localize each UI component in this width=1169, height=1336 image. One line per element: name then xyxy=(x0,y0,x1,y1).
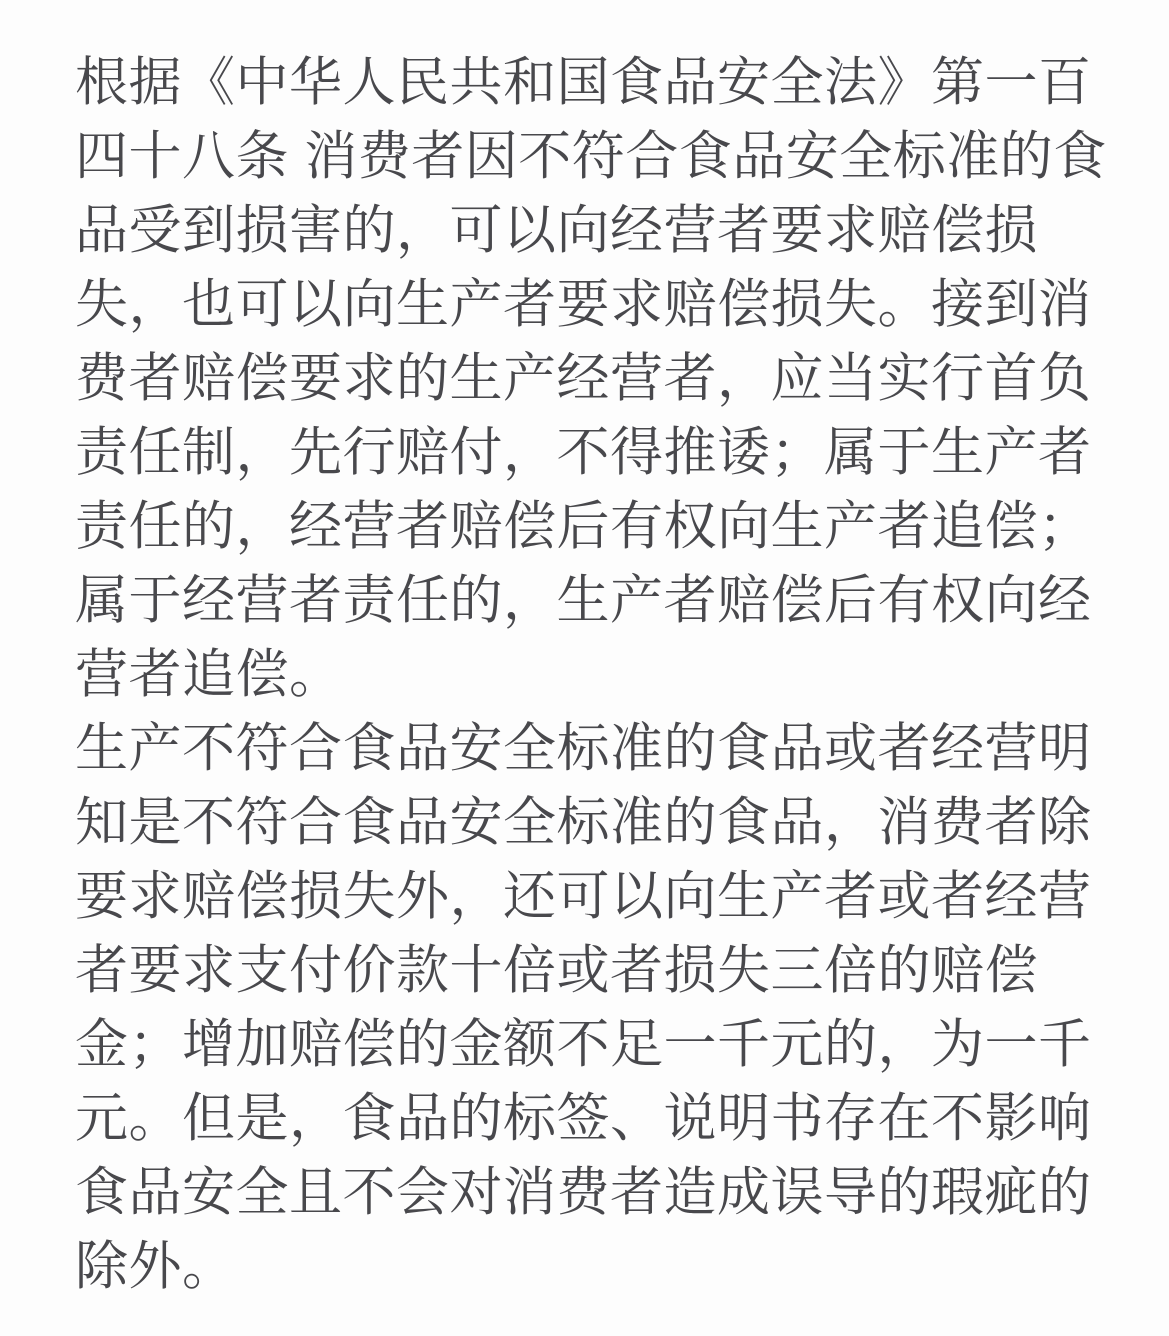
text-line: 四十八条 消费者因不符合食品安全标准的食 xyxy=(75,120,1099,194)
text-line: 除外。 xyxy=(75,1230,1099,1304)
text-line: 食品安全且不会对消费者造成误导的瑕疵的 xyxy=(75,1156,1099,1230)
text-line: 费者赔偿要求的生产经营者，应当实行首负 xyxy=(75,342,1099,416)
text-line: 要求赔偿损失外，还可以向生产者或者经营 xyxy=(75,860,1099,934)
text-line: 根据《中华人民共和国食品安全法》第一百 xyxy=(75,46,1099,120)
text-line: 知是不符合食品安全标准的食品，消费者除 xyxy=(75,786,1099,860)
text-line: 营者追偿。 xyxy=(75,638,1099,712)
paragraph-2: 生产不符合食品安全标准的食品或者经营明 知是不符合食品安全标准的食品，消费者除 … xyxy=(75,712,1099,1304)
text-line: 金；增加赔偿的金额不足一千元的，为一千 xyxy=(75,1008,1099,1082)
text-line: 者要求支付价款十倍或者损失三倍的赔偿 xyxy=(75,934,1099,1008)
article-text: 根据《中华人民共和国食品安全法》第一百 四十八条 消费者因不符合食品安全标准的食… xyxy=(0,0,1169,1304)
text-line: 品受到损害的，可以向经营者要求赔偿损 xyxy=(75,194,1099,268)
paragraph-1: 根据《中华人民共和国食品安全法》第一百 四十八条 消费者因不符合食品安全标准的食… xyxy=(75,46,1099,712)
text-line: 责任制，先行赔付，不得推诿；属于生产者 xyxy=(75,416,1099,490)
text-line: 生产不符合食品安全标准的食品或者经营明 xyxy=(75,712,1099,786)
text-line: 失，也可以向生产者要求赔偿损失。接到消 xyxy=(75,268,1099,342)
text-line: 元。但是，食品的标签、说明书存在不影响 xyxy=(75,1082,1099,1156)
text-line: 属于经营者责任的，生产者赔偿后有权向经 xyxy=(75,564,1099,638)
text-line: 责任的，经营者赔偿后有权向生产者追偿； xyxy=(75,490,1099,564)
